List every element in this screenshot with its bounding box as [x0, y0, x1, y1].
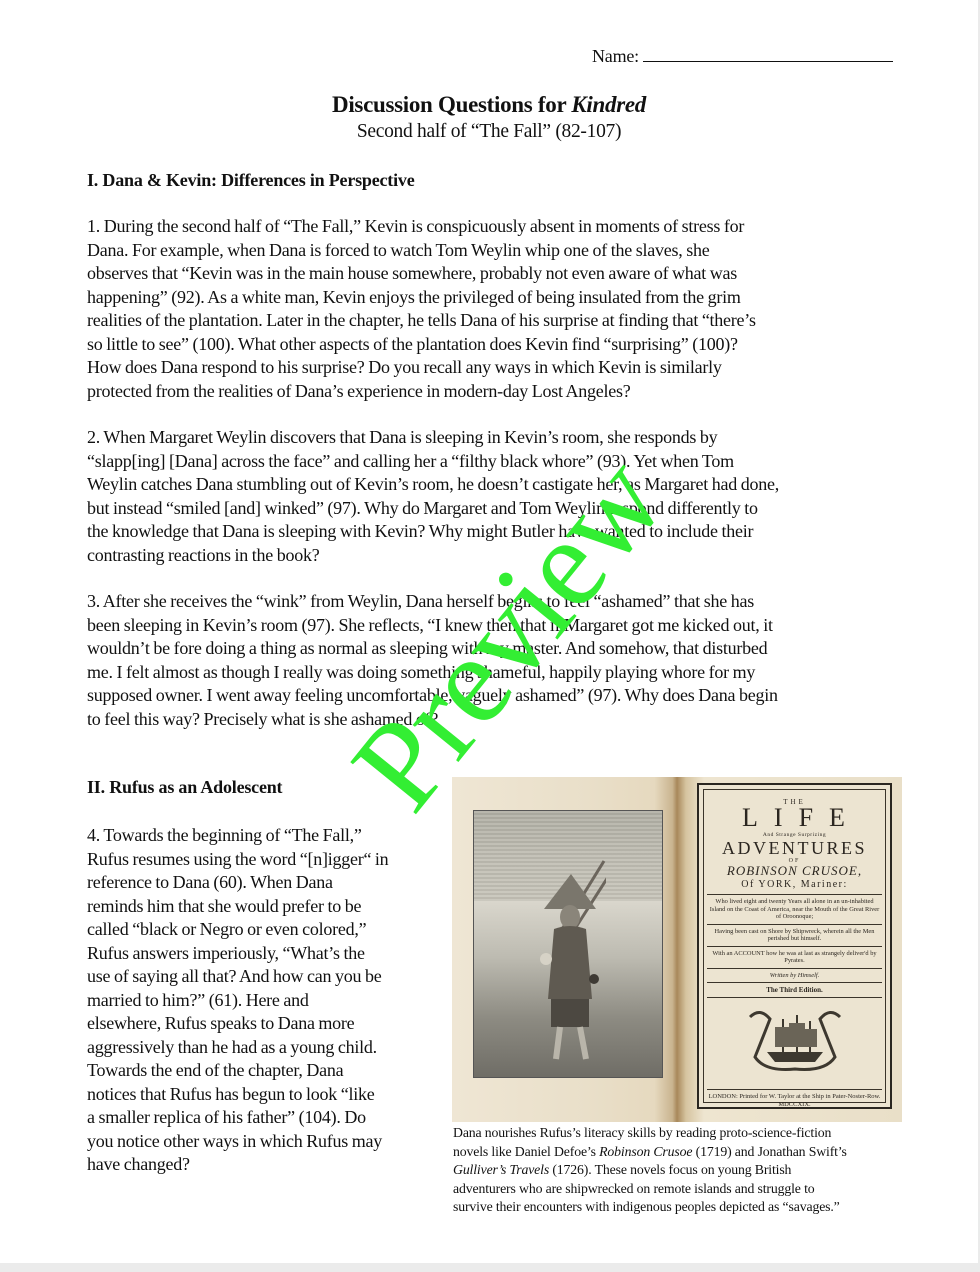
line: been sleeping in Kevin’s room (97). She …	[87, 614, 899, 638]
caption-line: Gulliver’s Travels (1726). These novels …	[453, 1161, 913, 1180]
line: observes that “Kevin was in the main hou…	[87, 262, 899, 286]
title-page-body-1: Who lived eight and twenty Years all alo…	[699, 898, 890, 921]
caption-line: novels like Daniel Defoe’s Robinson Crus…	[453, 1143, 913, 1162]
line: contrasting reactions in the book?	[87, 544, 899, 568]
title-page-written: Written by Himself.	[699, 972, 890, 980]
question-3: 3. After she receives the “wink” from We…	[87, 590, 899, 731]
line: protected from the realities of Dana’s e…	[87, 380, 899, 404]
caption-text: adventurers who are shipwrecked on remot…	[453, 1181, 815, 1196]
title-book: Kindred	[571, 92, 646, 117]
name-label: Name:	[592, 46, 639, 66]
caption-text: novels like Daniel Defoe’s	[453, 1144, 599, 1159]
caption-line: Dana nourishes Rufus’s literacy skills b…	[453, 1124, 913, 1143]
title-page-york: Of YORK, Mariner:	[699, 878, 890, 891]
divider	[707, 924, 882, 925]
caption-text: survive their encounters with indigenous…	[453, 1199, 840, 1214]
title-page-edition: The Third Edition.	[699, 986, 890, 994]
crusoe-figure-icon	[536, 849, 606, 1064]
line: Towards the end of the chapter, Dana	[87, 1059, 447, 1083]
title-page-adventures: ADVENTURES	[699, 838, 890, 858]
line: supposed owner. I went away feeling unco…	[87, 684, 899, 708]
line: to feel this way? Precisely what is she …	[87, 708, 899, 732]
divider	[707, 982, 882, 983]
line: aggressively than he had as a young chil…	[87, 1036, 447, 1060]
ship-emblem-icon	[745, 1007, 845, 1077]
line: 1. During the second half of “The Fall,”…	[87, 215, 899, 239]
line: Weylin catches Dana stumbling out of Kev…	[87, 473, 899, 497]
line: Dana. For example, when Dana is forced t…	[87, 239, 899, 263]
caption-line: survive their encounters with indigenous…	[453, 1198, 913, 1217]
line: 2. When Margaret Weylin discovers that D…	[87, 426, 899, 450]
divider	[707, 946, 882, 947]
line: “slapp[ing] [Dana] across the face” and …	[87, 450, 899, 474]
line: use of saying all that? And how can you …	[87, 965, 447, 989]
line: married to him?” (61). Here and	[87, 989, 447, 1013]
question-1: 1. During the second half of “The Fall,”…	[87, 215, 899, 403]
name-blank-line	[643, 46, 893, 62]
line: you notice other ways in which Rufus may	[87, 1130, 447, 1154]
title-page-name: ROBINSON CRUSOE,	[699, 864, 890, 878]
line: 4. Towards the beginning of “The Fall,”	[87, 824, 447, 848]
worksheet-page: Name: Discussion Questions for Kindred S…	[0, 0, 978, 1263]
title-page-imprint: LONDON: Printed for W. Taylor at the Shi…	[699, 1093, 890, 1109]
figure-caption: Dana nourishes Rufus’s literacy skills b…	[453, 1124, 913, 1217]
caption-text: Dana nourishes Rufus’s literacy skills b…	[453, 1125, 831, 1140]
line: the knowledge that Dana is sleeping with…	[87, 520, 899, 544]
page-title: Discussion Questions for Kindred	[0, 92, 978, 118]
section-heading-2: II. Rufus as an Adolescent	[87, 777, 282, 798]
divider	[707, 968, 882, 969]
title-page-life: LIFE	[713, 806, 890, 830]
title-page-body-3: With an ACCOUNT how he was at last as st…	[699, 950, 890, 965]
line: have changed?	[87, 1153, 447, 1177]
line: notices that Rufus has begun to look “li…	[87, 1083, 447, 1107]
title-page: THE LIFE And Strange Surprizing ADVENTUR…	[697, 783, 892, 1109]
question-4: 4. Towards the beginning of “The Fall,” …	[87, 824, 447, 1177]
line: How does Dana respond to his surprise? D…	[87, 356, 899, 380]
caption-text: (1726). These novels focus on young Brit…	[549, 1162, 791, 1177]
line: reminds him that she would prefer to be	[87, 895, 447, 919]
divider	[707, 997, 882, 998]
line: happening” (92). As a white man, Kevin e…	[87, 286, 899, 310]
frontispiece-engraving	[473, 810, 663, 1078]
page-subtitle: Second half of “The Fall” (82-107)	[0, 121, 978, 143]
caption-text: (1719) and Jonathan Swift’s	[692, 1144, 846, 1159]
line: a smaller replica of his father” (104). …	[87, 1106, 447, 1130]
divider	[707, 1089, 882, 1090]
name-field: Name:	[592, 46, 893, 67]
line: me. I felt almost as though I really was…	[87, 661, 899, 685]
line: Rufus answers imperiously, “What’s the	[87, 942, 447, 966]
line: reference to Dana (60). When Dana	[87, 871, 447, 895]
line: so little to see” (100). What other aspe…	[87, 333, 899, 357]
title-prefix: Discussion Questions for	[332, 92, 571, 117]
divider	[707, 894, 882, 895]
line: but instead “smiled [and] winked” (97). …	[87, 497, 899, 521]
line: realities of the plantation. Later in th…	[87, 309, 899, 333]
line: elsewhere, Rufus speaks to Dana more	[87, 1012, 447, 1036]
question-2: 2. When Margaret Weylin discovers that D…	[87, 426, 899, 567]
section-heading-1: I. Dana & Kevin: Differences in Perspect…	[87, 170, 415, 191]
robinson-crusoe-image: THE LIFE And Strange Surprizing ADVENTUR…	[452, 777, 902, 1122]
line: 3. After she receives the “wink” from We…	[87, 590, 899, 614]
line: Rufus resumes using the word “[n]igger“ …	[87, 848, 447, 872]
line: called “black or Negro or even colored,”	[87, 918, 447, 942]
line: wouldn’t be fore doing a thing as normal…	[87, 637, 899, 661]
caption-line: adventurers who are shipwrecked on remot…	[453, 1180, 913, 1199]
title-page-body-2: Having been cast on Shore by Shipwreck, …	[699, 928, 890, 943]
caption-book-title: Robinson Crusoe	[599, 1144, 692, 1159]
caption-book-title: Gulliver’s Travels	[453, 1162, 549, 1177]
